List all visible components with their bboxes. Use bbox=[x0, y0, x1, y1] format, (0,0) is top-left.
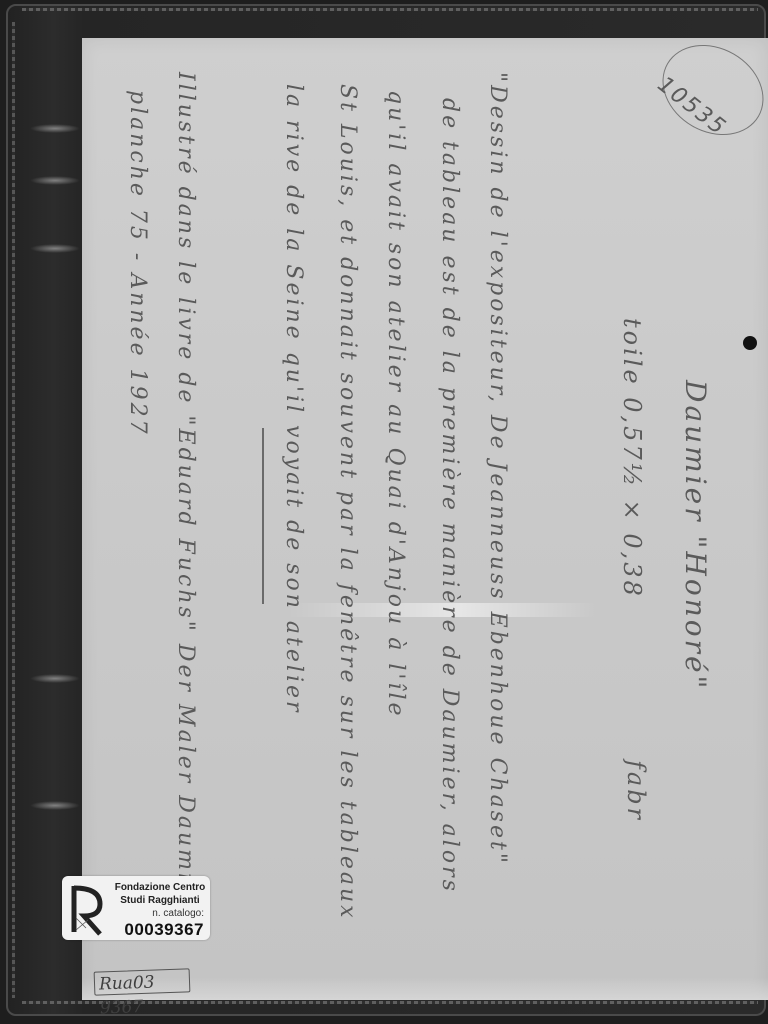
marginal-mark: fabr bbox=[622, 760, 650, 822]
organization-name: Fondazione Centro Studi Ragghianti bbox=[114, 881, 206, 907]
sleeve-glare bbox=[30, 124, 80, 133]
title-line: Daumier "Honoré" bbox=[679, 380, 712, 691]
text-line-6: Illustré dans le livre de "Eduard Fuchs"… bbox=[173, 72, 198, 913]
archive-reference: Rua03 9367 bbox=[94, 968, 191, 995]
text-line-1: "Dessin de l'expositeur, De Jeanneuss Eb… bbox=[485, 72, 510, 866]
organization-line-2: Studi Ragghianti bbox=[114, 894, 206, 907]
text-line-4: St Louis, et donnait souvent par la fenê… bbox=[335, 84, 360, 921]
sleeve-glare bbox=[30, 801, 80, 810]
fondazione-logo-icon bbox=[70, 882, 104, 936]
text-line-5: la rive de la Seine qu'il voyait de son … bbox=[281, 84, 306, 715]
ink-dot bbox=[743, 336, 757, 350]
catalog-caption: n. catalogo: bbox=[152, 908, 204, 919]
sleeve-stitching-top bbox=[22, 8, 758, 11]
text-line-3: qu'il avait son atelier au Quai d'Anjou … bbox=[383, 90, 408, 719]
text-line-7: planche 75 - Année 1927 bbox=[125, 90, 150, 437]
dimensions-line: toile 0,57½ × 0,38 bbox=[618, 318, 646, 599]
sleeve-glare bbox=[30, 674, 80, 683]
sleeve-glare bbox=[30, 244, 80, 253]
separator-line bbox=[262, 428, 264, 604]
catalog-label: Fondazione Centro Studi Ragghianti n. ca… bbox=[62, 876, 210, 940]
text-line-2: de tableau est de la première manière de… bbox=[437, 98, 462, 894]
sleeve-glare bbox=[30, 176, 80, 185]
organization-line-1: Fondazione Centro bbox=[114, 881, 206, 894]
sleeve-stitching-left bbox=[12, 22, 15, 998]
catalog-number: 00039367 bbox=[124, 920, 204, 940]
